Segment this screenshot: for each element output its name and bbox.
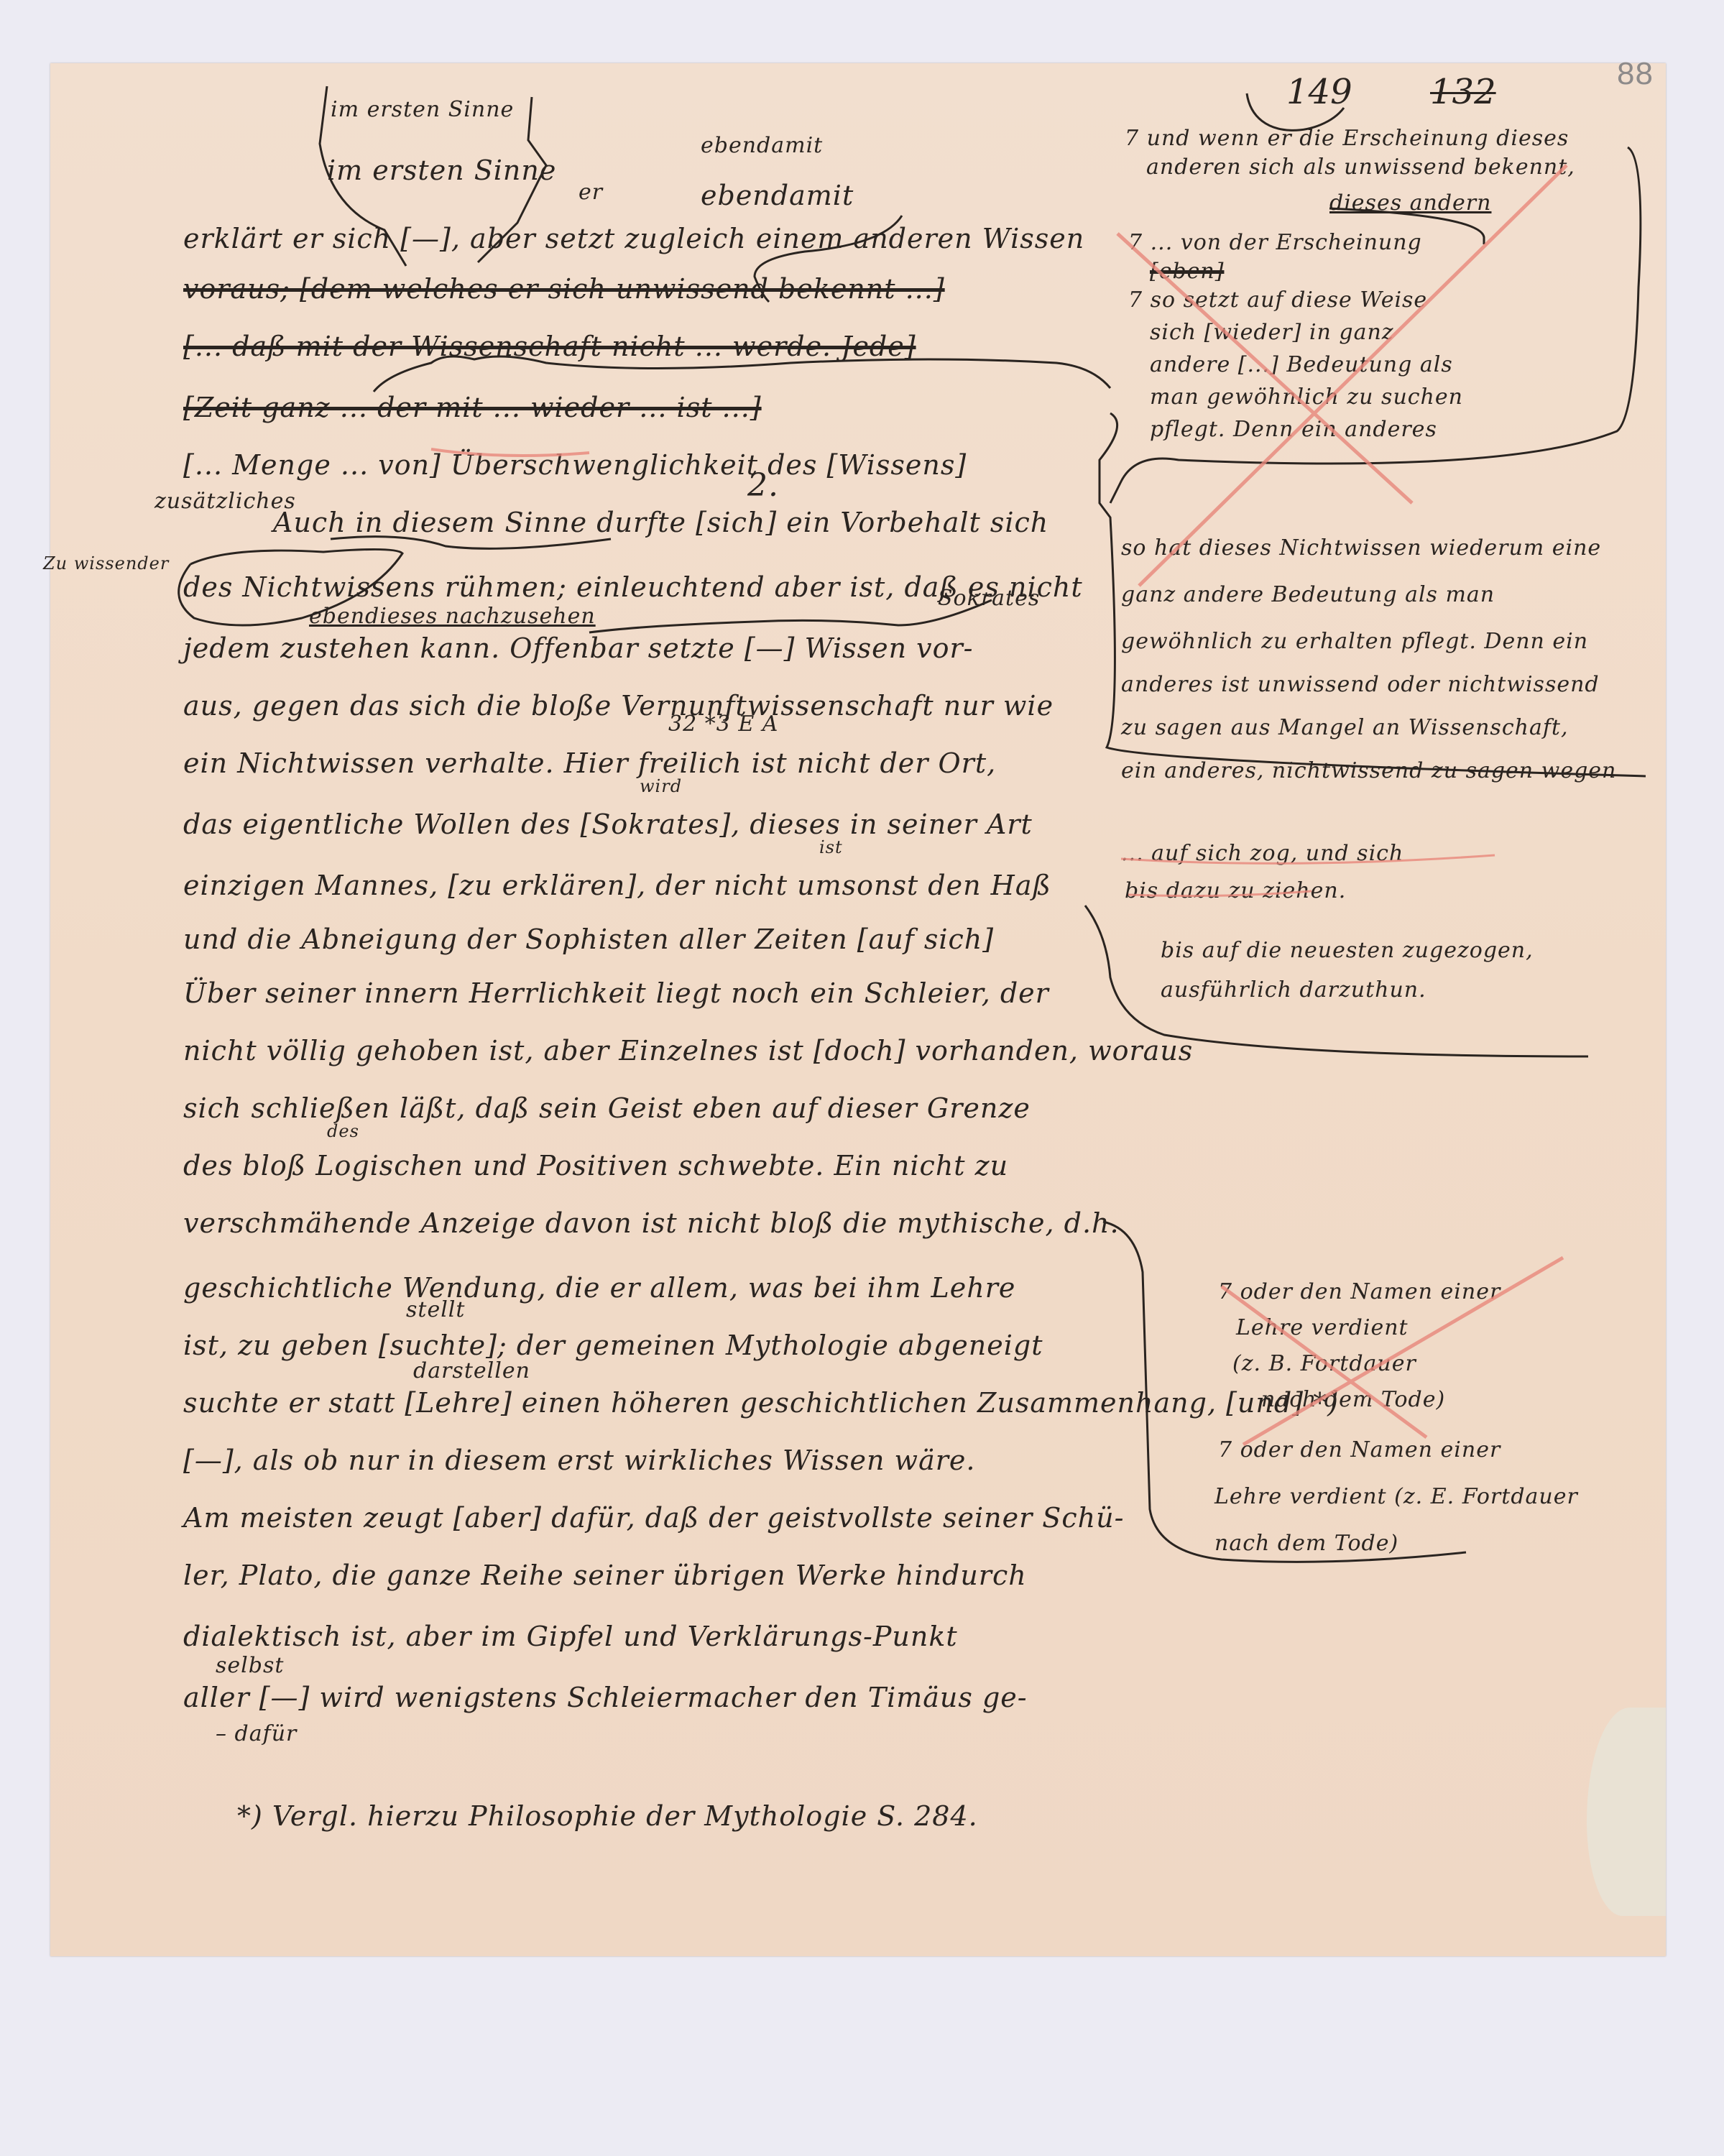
note-line: bis auf die neuesten zugezogen, [1161, 938, 1534, 963]
interlinear-correction: darstellen [413, 1358, 530, 1383]
text-line: einzigen Mannes, [zu erklären], der nich… [183, 870, 1051, 901]
end-insert: – dafür [216, 1721, 297, 1746]
text-line: [—], als ob nur in diesem erst wirkliche… [183, 1445, 975, 1476]
text-line: nicht völlig gehoben ist, aber Einzelnes… [183, 1035, 1193, 1067]
note-line: Lehre verdient (z. E. Fortdauer [1214, 1484, 1578, 1509]
left-margin-note-2: Zu wissender [43, 553, 169, 573]
note-line: andere [...] Bedeutung als [1150, 352, 1453, 377]
note-line: man gewöhnlich zu suchen [1150, 384, 1463, 410]
text-line: jedem zustehen kann. Offenbar setzte [—]… [183, 632, 974, 664]
note-line: anderen sich als unwissend bekennt, [1146, 155, 1575, 180]
text-line-struck: [... daß mit der Wissenschaft nicht ... … [183, 331, 916, 362]
top-insert-line-2: im ersten Sinne [327, 155, 556, 186]
text-line-struck: voraus; [dem welches er sich unwissend b… [183, 273, 945, 305]
text-line: sich schließen läßt, daß sein Geist eben… [183, 1092, 1031, 1124]
footnote: *) Vergl. hierzu Philosophie der Mytholo… [237, 1800, 978, 1832]
text-line: erklärt er sich [—], aber setzt zugleich… [183, 223, 1084, 254]
folio-number: 88 [1617, 56, 1654, 92]
top-insert-line-1: im ersten Sinne [331, 97, 514, 122]
note-line: 7 oder den Namen einer [1218, 1279, 1501, 1304]
text-line: ein Nichtwissen verhalte. Hier freilich … [183, 747, 996, 779]
text-line: [... Menge ... von] Überschwenglichkeit … [183, 449, 967, 481]
left-margin-note-1: zusätzliches [155, 489, 296, 514]
text-line: Am meisten zeugt [aber] dafür, daß der g… [183, 1502, 1124, 1534]
interlinear-correction: ebendieses nachzusehen [309, 604, 596, 629]
note-line: ganz andere Bedeutung als man [1121, 582, 1495, 607]
interlinear-er: er [578, 180, 603, 205]
note-line: 7 und wenn er die Erscheinung dieses [1125, 126, 1569, 151]
note-line: ausführlich darzuthun. [1161, 977, 1426, 1003]
interlinear-correction: stellt [406, 1297, 465, 1322]
page-number-circled: 149 [1286, 72, 1352, 112]
text-line: Über seiner innern Herrlichkeit liegt no… [183, 977, 1049, 1009]
note-line: sich [wieder] in ganz [1150, 320, 1394, 345]
interlinear-marks: 32 *3 E A [668, 711, 778, 737]
text-line-struck: [Zeit ganz ... der mit ... wieder ... is… [183, 392, 762, 423]
note-line: gewöhnlich zu erhalten pflegt. Denn ein [1121, 629, 1588, 654]
text-line: geschichtliche Wendung, die er allem, wa… [183, 1272, 1015, 1304]
note-line: dieses andern [1329, 190, 1491, 216]
interlinear-correction: Sokrates [938, 586, 1040, 611]
note-line: nach dem Tode) [1261, 1387, 1445, 1412]
interlinear-correction: ist [819, 837, 843, 857]
note-line: (z. B. Fortdauer [1232, 1351, 1416, 1376]
note-line: zu sagen aus Mangel an Wissenschaft, [1121, 715, 1569, 740]
note-line: 7 so setzt auf diese Weise [1128, 287, 1427, 313]
end-insert: selbst [216, 1653, 284, 1678]
text-line: aller [—] wird wenigstens Schleiermacher… [183, 1682, 1028, 1713]
note-line: nach dem Tode) [1214, 1531, 1398, 1556]
page-number-struck: 132 [1430, 72, 1496, 112]
note-line: anderes ist unwissend oder nichtwissend [1121, 672, 1600, 697]
note-line: bis dazu zu ziehen. [1125, 878, 1346, 903]
text-line: des bloß Logischen und Positiven schwebt… [183, 1150, 1008, 1181]
note-line: pflegt. Denn ein anderes [1150, 417, 1437, 442]
text-line: verschmähende Anzeige davon ist nicht bl… [183, 1207, 1120, 1239]
interlinear-ebendamit: ebendamit [701, 180, 854, 211]
text-line: und die Abneigung der Sophisten aller Ze… [183, 923, 994, 955]
interlinear-correction: des [327, 1121, 359, 1141]
note-line: 7 ... von der Erscheinung [1128, 230, 1422, 255]
text-line: das eigentliche Wollen des [Sokrates], d… [183, 808, 1033, 840]
note-line: 7 oder den Namen einer [1218, 1437, 1501, 1462]
paper-damage-corner [1587, 1708, 1666, 1916]
text-line: dialektisch ist, aber im Gipfel und Verk… [183, 1621, 958, 1652]
note-line: ein anderes, nichtwissend zu sagen wegen [1121, 758, 1616, 783]
note-line: ... auf sich zog, und sich [1121, 841, 1403, 866]
interlinear-correction: wird [640, 776, 682, 796]
text-line: aus, gegen das sich die bloße Vernunftwi… [183, 690, 1054, 722]
text-line: ist, zu geben [suchte]; der gemeinen Myt… [183, 1330, 1043, 1361]
interlinear-ebendamit-bracketed: ebendamit [701, 133, 823, 158]
note-line: so hat dieses Nichtwissen wiederum eine [1121, 535, 1601, 561]
note-line: [eben] [1150, 259, 1224, 284]
text-line: suchte er statt [Lehre] einen höheren ge… [183, 1387, 1339, 1419]
text-line: Auch in diesem Sinne durfte [sich] ein V… [273, 507, 1048, 538]
section-marker: 2. [747, 467, 779, 504]
text-line: ler, Plato, die ganze Reihe seiner übrig… [183, 1560, 1027, 1591]
note-line: Lehre verdient [1236, 1315, 1409, 1340]
